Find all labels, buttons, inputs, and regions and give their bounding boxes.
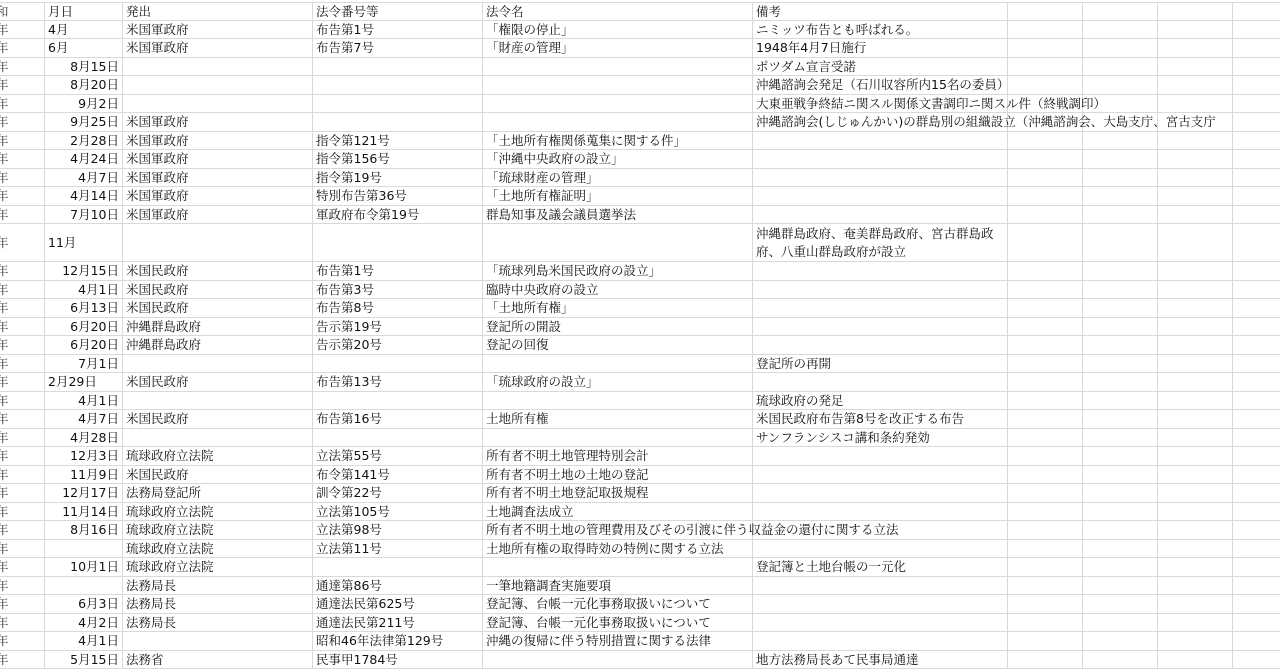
empty-cell[interactable]: [1158, 224, 1233, 261]
empty-cell[interactable]: [1233, 558, 1280, 576]
empty-cell[interactable]: [1008, 3, 1083, 20]
issuer-cell[interactable]: 沖縄群島政府: [123, 336, 313, 354]
empty-cell[interactable]: [1083, 577, 1158, 595]
law-number-cell[interactable]: 指令第121号: [313, 132, 483, 150]
empty-cell[interactable]: [1233, 187, 1280, 205]
empty-cell[interactable]: [1233, 299, 1280, 317]
issuer-cell[interactable]: 法務局長: [123, 577, 313, 595]
year-cell[interactable]: 年: [0, 76, 45, 94]
issuer-cell[interactable]: 法務局登記所: [123, 484, 313, 502]
remarks-cell[interactable]: [753, 632, 1008, 650]
empty-cell[interactable]: [1233, 373, 1280, 391]
empty-cell[interactable]: [1083, 262, 1158, 280]
issuer-cell[interactable]: 米国軍政府: [123, 113, 313, 131]
empty-cell[interactable]: [1233, 577, 1280, 595]
law-name-cell[interactable]: [483, 95, 753, 113]
law-name-cell[interactable]: 土地所有権の取得時効の特例に関する立法: [483, 540, 753, 558]
issuer-cell[interactable]: 米国民政府: [123, 410, 313, 428]
date-cell[interactable]: 6月20日: [45, 318, 123, 336]
empty-cell[interactable]: [1083, 373, 1158, 391]
remarks-cell[interactable]: 登記簿と土地台帳の一元化: [753, 558, 1008, 576]
empty-cell[interactable]: [1158, 318, 1233, 336]
remarks-cell[interactable]: [753, 299, 1008, 317]
law-number-cell[interactable]: 軍政府布令第19号: [313, 206, 483, 224]
remarks-cell[interactable]: [753, 318, 1008, 336]
empty-cell[interactable]: [1083, 595, 1158, 613]
empty-cell[interactable]: [1008, 651, 1083, 669]
year-cell[interactable]: 年: [0, 262, 45, 280]
issuer-cell[interactable]: 米国軍政府: [123, 169, 313, 187]
date-cell[interactable]: 6月3日: [45, 595, 123, 613]
issuer-cell[interactable]: [123, 95, 313, 113]
date-cell[interactable]: 8月16日: [45, 521, 123, 539]
remarks-cell[interactable]: [753, 150, 1008, 168]
empty-cell[interactable]: [1233, 169, 1280, 187]
year-cell[interactable]: 年: [0, 169, 45, 187]
empty-cell[interactable]: [1233, 466, 1280, 484]
empty-cell[interactable]: [1008, 540, 1083, 558]
empty-cell[interactable]: [1083, 281, 1158, 299]
remarks-cell[interactable]: ニミッツ布告とも呼ばれる。: [753, 21, 1008, 39]
issuer-cell[interactable]: [123, 392, 313, 410]
law-number-cell[interactable]: 布告第13号: [313, 373, 483, 391]
empty-cell[interactable]: [1158, 299, 1233, 317]
year-cell[interactable]: 年: [0, 132, 45, 150]
law-number-cell[interactable]: 訓令第22号: [313, 484, 483, 502]
empty-cell[interactable]: [1083, 503, 1158, 521]
law-name-cell[interactable]: 所有者不明土地の管理費用及びその引渡に伴う収益金の還付に関する立法: [483, 521, 753, 539]
empty-cell[interactable]: [1233, 21, 1280, 39]
empty-cell[interactable]: [1233, 76, 1280, 94]
date-cell[interactable]: 8月20日: [45, 76, 123, 94]
date-cell[interactable]: 12月15日: [45, 262, 123, 280]
empty-cell[interactable]: [1233, 632, 1280, 650]
issuer-cell[interactable]: 米国民政府: [123, 262, 313, 280]
empty-cell[interactable]: [1233, 95, 1280, 113]
remarks-cell[interactable]: ポツダム宣言受諾: [753, 58, 1008, 76]
empty-cell[interactable]: [1083, 150, 1158, 168]
issuer-cell[interactable]: 米国民政府: [123, 281, 313, 299]
header-cell-remarks[interactable]: 備考: [753, 3, 1008, 20]
law-number-cell[interactable]: 立法第11号: [313, 540, 483, 558]
issuer-cell[interactable]: 沖縄群島政府: [123, 318, 313, 336]
empty-cell[interactable]: [1083, 521, 1158, 539]
date-cell[interactable]: 4月2日: [45, 614, 123, 632]
law-number-cell[interactable]: 布告第16号: [313, 410, 483, 428]
date-cell[interactable]: 4月28日: [45, 429, 123, 447]
law-name-cell[interactable]: 「権限の停止」: [483, 21, 753, 39]
empty-cell[interactable]: [1008, 206, 1083, 224]
empty-cell[interactable]: [1233, 39, 1280, 57]
law-name-cell[interactable]: [483, 651, 753, 669]
empty-cell[interactable]: [1008, 521, 1083, 539]
empty-cell[interactable]: [1158, 262, 1233, 280]
date-cell[interactable]: 11月9日: [45, 466, 123, 484]
empty-cell[interactable]: [1083, 484, 1158, 502]
law-name-cell[interactable]: 「琉球列島米国民政府の設立」: [483, 262, 753, 280]
year-cell[interactable]: 年: [0, 447, 45, 465]
empty-cell[interactable]: [1083, 206, 1158, 224]
law-name-cell[interactable]: [483, 558, 753, 576]
empty-cell[interactable]: [1158, 632, 1233, 650]
law-name-cell[interactable]: [483, 58, 753, 76]
empty-cell[interactable]: [1233, 595, 1280, 613]
empty-cell[interactable]: [1158, 21, 1233, 39]
issuer-cell[interactable]: 琉球政府立法院: [123, 558, 313, 576]
issuer-cell[interactable]: [123, 224, 313, 261]
remarks-cell[interactable]: [753, 281, 1008, 299]
issuer-cell[interactable]: 米国軍政府: [123, 206, 313, 224]
empty-cell[interactable]: [1233, 58, 1280, 76]
law-name-cell[interactable]: 所有者不明土地管理特別会計: [483, 447, 753, 465]
remarks-cell[interactable]: [753, 484, 1008, 502]
date-cell[interactable]: [45, 577, 123, 595]
empty-cell[interactable]: [1008, 558, 1083, 576]
empty-cell[interactable]: [1158, 540, 1233, 558]
law-number-cell[interactable]: 民事甲1784号: [313, 651, 483, 669]
law-number-cell[interactable]: 布告第8号: [313, 299, 483, 317]
remarks-cell[interactable]: 地方法務局長あて民事局通達: [753, 651, 1008, 669]
empty-cell[interactable]: [1008, 262, 1083, 280]
law-name-cell[interactable]: 所有者不明土地の土地の登記: [483, 466, 753, 484]
year-cell[interactable]: 年: [0, 373, 45, 391]
law-name-cell[interactable]: 所有者不明土地登記取扱規程: [483, 484, 753, 502]
law-name-cell[interactable]: 登記の回復: [483, 336, 753, 354]
empty-cell[interactable]: [1008, 429, 1083, 447]
law-name-cell[interactable]: 土地調査法成立: [483, 503, 753, 521]
date-cell[interactable]: 4月7日: [45, 410, 123, 428]
law-name-cell[interactable]: [483, 113, 753, 131]
remarks-cell[interactable]: 琉球政府の発足: [753, 392, 1008, 410]
empty-cell[interactable]: [1083, 651, 1158, 669]
issuer-cell[interactable]: [123, 76, 313, 94]
law-name-cell[interactable]: 「琉球財産の管理」: [483, 169, 753, 187]
empty-cell[interactable]: [1083, 466, 1158, 484]
empty-cell[interactable]: [1233, 540, 1280, 558]
empty-cell[interactable]: [1083, 355, 1158, 373]
law-number-cell[interactable]: [313, 558, 483, 576]
issuer-cell[interactable]: 米国軍政府: [123, 187, 313, 205]
empty-cell[interactable]: [1233, 336, 1280, 354]
empty-cell[interactable]: [1083, 58, 1158, 76]
law-name-cell[interactable]: 一筆地籍調査実施要項: [483, 577, 753, 595]
empty-cell[interactable]: [1008, 373, 1083, 391]
date-cell[interactable]: 12月3日: [45, 447, 123, 465]
year-cell[interactable]: 年: [0, 540, 45, 558]
year-cell[interactable]: 年: [0, 318, 45, 336]
law-number-cell[interactable]: 昭和46年法律第129号: [313, 632, 483, 650]
empty-cell[interactable]: [1083, 318, 1158, 336]
year-cell[interactable]: 年: [0, 503, 45, 521]
law-name-cell[interactable]: 「土地所有権」: [483, 299, 753, 317]
year-cell[interactable]: 年: [0, 113, 45, 131]
empty-cell[interactable]: [1008, 21, 1083, 39]
empty-cell[interactable]: [1083, 187, 1158, 205]
empty-cell[interactable]: [1158, 614, 1233, 632]
empty-cell[interactable]: [1083, 39, 1158, 57]
law-number-cell[interactable]: 布告第1号: [313, 262, 483, 280]
year-cell[interactable]: 年: [0, 521, 45, 539]
empty-cell[interactable]: [1158, 76, 1233, 94]
year-cell[interactable]: 年: [0, 614, 45, 632]
law-name-cell[interactable]: [483, 392, 753, 410]
year-cell[interactable]: 年: [0, 410, 45, 428]
empty-cell[interactable]: [1158, 58, 1233, 76]
year-cell[interactable]: 年: [0, 39, 45, 57]
year-cell[interactable]: 年: [0, 392, 45, 410]
empty-cell[interactable]: [1083, 299, 1158, 317]
law-number-cell[interactable]: 告示第19号: [313, 318, 483, 336]
law-number-cell[interactable]: 立法第55号: [313, 447, 483, 465]
year-cell[interactable]: 年: [0, 484, 45, 502]
empty-cell[interactable]: [1158, 373, 1233, 391]
remarks-cell[interactable]: 沖縄群島政府、奄美群島政府、宮古群島政府、八重山群島政府が設立: [753, 224, 1008, 261]
remarks-cell[interactable]: [753, 577, 1008, 595]
empty-cell[interactable]: [1158, 558, 1233, 576]
empty-cell[interactable]: [1233, 318, 1280, 336]
year-cell[interactable]: 年: [0, 150, 45, 168]
year-cell[interactable]: 年: [0, 21, 45, 39]
law-name-cell[interactable]: 「琉球政府の設立」: [483, 373, 753, 391]
year-cell[interactable]: 年: [0, 224, 45, 261]
date-cell[interactable]: 7月1日: [45, 355, 123, 373]
empty-cell[interactable]: [1158, 150, 1233, 168]
issuer-cell[interactable]: 法務局長: [123, 614, 313, 632]
empty-cell[interactable]: [1083, 632, 1158, 650]
empty-cell[interactable]: [1008, 299, 1083, 317]
year-cell[interactable]: 年: [0, 429, 45, 447]
empty-cell[interactable]: [1158, 3, 1233, 20]
law-number-cell[interactable]: 特別布告第36号: [313, 187, 483, 205]
empty-cell[interactable]: [1008, 484, 1083, 502]
law-number-cell[interactable]: [313, 429, 483, 447]
empty-cell[interactable]: [1008, 392, 1083, 410]
empty-cell[interactable]: [1233, 113, 1280, 131]
date-cell[interactable]: 4月1日: [45, 281, 123, 299]
empty-cell[interactable]: [1008, 355, 1083, 373]
date-cell[interactable]: 6月13日: [45, 299, 123, 317]
empty-cell[interactable]: [1158, 281, 1233, 299]
empty-cell[interactable]: [1158, 429, 1233, 447]
year-cell[interactable]: 年: [0, 632, 45, 650]
year-cell[interactable]: 年: [0, 299, 45, 317]
remarks-cell[interactable]: 沖縄諮詢会発足（石川収容所内15名の委員）: [753, 76, 1008, 94]
empty-cell[interactable]: [1158, 355, 1233, 373]
date-cell[interactable]: 7月10日: [45, 206, 123, 224]
law-name-cell[interactable]: [483, 76, 753, 94]
year-cell[interactable]: 年: [0, 281, 45, 299]
empty-cell[interactable]: [1233, 355, 1280, 373]
law-name-cell[interactable]: 登記簿、台帳一元化事務取扱いについて: [483, 614, 753, 632]
date-cell[interactable]: 4月14日: [45, 187, 123, 205]
empty-cell[interactable]: [1083, 3, 1158, 20]
remarks-cell[interactable]: 沖縄諮詢会(しじゅんかい)の群島別の組織設立（沖縄諮詢会、大島支庁、宮古支庁: [753, 113, 1008, 131]
issuer-cell[interactable]: [123, 429, 313, 447]
year-cell[interactable]: 年: [0, 355, 45, 373]
date-cell[interactable]: 9月25日: [45, 113, 123, 131]
empty-cell[interactable]: [1008, 466, 1083, 484]
date-cell[interactable]: 4月24日: [45, 150, 123, 168]
empty-cell[interactable]: [1233, 410, 1280, 428]
issuer-cell[interactable]: [123, 355, 313, 373]
law-number-cell[interactable]: [313, 76, 483, 94]
date-cell[interactable]: 11月: [45, 224, 123, 261]
remarks-cell[interactable]: [753, 206, 1008, 224]
issuer-cell[interactable]: [123, 632, 313, 650]
date-cell[interactable]: 10月1日: [45, 558, 123, 576]
issuer-cell[interactable]: 米国民政府: [123, 299, 313, 317]
empty-cell[interactable]: [1083, 21, 1158, 39]
remarks-cell[interactable]: [753, 595, 1008, 613]
empty-cell[interactable]: [1233, 224, 1280, 261]
year-cell[interactable]: 年: [0, 595, 45, 613]
empty-cell[interactable]: [1158, 206, 1233, 224]
remarks-cell[interactable]: 1948年4月7日施行: [753, 39, 1008, 57]
empty-cell[interactable]: [1008, 614, 1083, 632]
remarks-cell[interactable]: サンフランシスコ講和条約発効: [753, 429, 1008, 447]
empty-cell[interactable]: [1233, 614, 1280, 632]
date-cell[interactable]: 6月20日: [45, 336, 123, 354]
law-number-cell[interactable]: 布令第141号: [313, 466, 483, 484]
issuer-cell[interactable]: 琉球政府立法院: [123, 521, 313, 539]
empty-cell[interactable]: [1008, 281, 1083, 299]
empty-cell[interactable]: [1008, 224, 1083, 261]
empty-cell[interactable]: [1233, 206, 1280, 224]
empty-cell[interactable]: [1083, 76, 1158, 94]
empty-cell[interactable]: [1083, 392, 1158, 410]
law-number-cell[interactable]: 指令第19号: [313, 169, 483, 187]
date-cell[interactable]: 5月15日: [45, 651, 123, 669]
empty-cell[interactable]: [1158, 651, 1233, 669]
header-cell-year[interactable]: 和: [0, 3, 45, 20]
year-cell[interactable]: 年: [0, 95, 45, 113]
remarks-cell[interactable]: [753, 187, 1008, 205]
law-number-cell[interactable]: [313, 224, 483, 261]
remarks-cell[interactable]: [753, 540, 1008, 558]
empty-cell[interactable]: [1158, 447, 1233, 465]
empty-cell[interactable]: [1158, 577, 1233, 595]
law-number-cell[interactable]: 布告第7号: [313, 39, 483, 57]
law-name-cell[interactable]: 「土地所有権証明」: [483, 187, 753, 205]
law-name-cell[interactable]: 「沖縄中央政府の設立」: [483, 150, 753, 168]
empty-cell[interactable]: [1008, 595, 1083, 613]
empty-cell[interactable]: [1158, 521, 1233, 539]
empty-cell[interactable]: [1008, 577, 1083, 595]
date-cell[interactable]: 9月2日: [45, 95, 123, 113]
law-number-cell[interactable]: 布告第3号: [313, 281, 483, 299]
date-cell[interactable]: 6月: [45, 39, 123, 57]
empty-cell[interactable]: [1233, 262, 1280, 280]
law-number-cell[interactable]: [313, 95, 483, 113]
law-name-cell[interactable]: 臨時中央政府の設立: [483, 281, 753, 299]
empty-cell[interactable]: [1008, 447, 1083, 465]
empty-cell[interactable]: [1083, 558, 1158, 576]
issuer-cell[interactable]: 法務局長: [123, 595, 313, 613]
empty-cell[interactable]: [1158, 392, 1233, 410]
header-cell-law-name[interactable]: 法令名: [483, 3, 753, 20]
law-number-cell[interactable]: [313, 113, 483, 131]
year-cell[interactable]: 年: [0, 651, 45, 669]
date-cell[interactable]: 4月1日: [45, 392, 123, 410]
law-name-cell[interactable]: 「土地所有権関係蒐集に関する件」: [483, 132, 753, 150]
year-cell[interactable]: 年: [0, 466, 45, 484]
empty-cell[interactable]: [1008, 150, 1083, 168]
empty-cell[interactable]: [1158, 484, 1233, 502]
empty-cell[interactable]: [1233, 521, 1280, 539]
header-cell-date[interactable]: 月日: [45, 3, 123, 20]
empty-cell[interactable]: [1233, 503, 1280, 521]
empty-cell[interactable]: [1233, 651, 1280, 669]
law-name-cell[interactable]: [483, 429, 753, 447]
remarks-cell[interactable]: 登記所の再開: [753, 355, 1008, 373]
remarks-cell[interactable]: [753, 336, 1008, 354]
empty-cell[interactable]: [1233, 281, 1280, 299]
law-name-cell[interactable]: 土地所有権: [483, 410, 753, 428]
law-number-cell[interactable]: 立法第105号: [313, 503, 483, 521]
empty-cell[interactable]: [1158, 410, 1233, 428]
empty-cell[interactable]: [1083, 614, 1158, 632]
law-number-cell[interactable]: [313, 355, 483, 373]
empty-cell[interactable]: [1008, 58, 1083, 76]
empty-cell[interactable]: [1158, 503, 1233, 521]
empty-cell[interactable]: [1158, 336, 1233, 354]
law-name-cell[interactable]: 「財産の管理」: [483, 39, 753, 57]
law-number-cell[interactable]: 立法第98号: [313, 521, 483, 539]
remarks-cell[interactable]: [753, 373, 1008, 391]
issuer-cell[interactable]: 琉球政府立法院: [123, 447, 313, 465]
empty-cell[interactable]: [1008, 169, 1083, 187]
empty-cell[interactable]: [1083, 132, 1158, 150]
empty-cell[interactable]: [1158, 95, 1233, 113]
issuer-cell[interactable]: 米国民政府: [123, 373, 313, 391]
date-cell[interactable]: 12月17日: [45, 484, 123, 502]
empty-cell[interactable]: [1158, 169, 1233, 187]
empty-cell[interactable]: [1083, 336, 1158, 354]
remarks-cell[interactable]: 米国民政府布告第8号を改正する布告: [753, 410, 1008, 428]
empty-cell[interactable]: [1008, 39, 1083, 57]
issuer-cell[interactable]: 法務省: [123, 651, 313, 669]
empty-cell[interactable]: [1158, 595, 1233, 613]
empty-cell[interactable]: [1083, 447, 1158, 465]
date-cell[interactable]: 8月15日: [45, 58, 123, 76]
remarks-cell[interactable]: [753, 466, 1008, 484]
issuer-cell[interactable]: 米国軍政府: [123, 21, 313, 39]
year-cell[interactable]: 年: [0, 336, 45, 354]
law-name-cell[interactable]: 登記所の開設: [483, 318, 753, 336]
empty-cell[interactable]: [1083, 540, 1158, 558]
date-cell[interactable]: 2月29日: [45, 373, 123, 391]
empty-cell[interactable]: [1008, 187, 1083, 205]
empty-cell[interactable]: [1158, 187, 1233, 205]
empty-cell[interactable]: [1233, 447, 1280, 465]
law-number-cell[interactable]: [313, 392, 483, 410]
remarks-cell[interactable]: [753, 262, 1008, 280]
year-cell[interactable]: 年: [0, 206, 45, 224]
year-cell[interactable]: 年: [0, 577, 45, 595]
remarks-cell[interactable]: [753, 447, 1008, 465]
issuer-cell[interactable]: 琉球政府立法院: [123, 503, 313, 521]
law-number-cell[interactable]: 指令第156号: [313, 150, 483, 168]
date-cell[interactable]: 2月28日: [45, 132, 123, 150]
empty-cell[interactable]: [1158, 466, 1233, 484]
empty-cell[interactable]: [1008, 318, 1083, 336]
empty-cell[interactable]: [1233, 484, 1280, 502]
date-cell[interactable]: 4月: [45, 21, 123, 39]
empty-cell[interactable]: [1008, 410, 1083, 428]
empty-cell[interactable]: [1008, 632, 1083, 650]
law-number-cell[interactable]: 通達法民第625号: [313, 595, 483, 613]
date-cell[interactable]: 11月14日: [45, 503, 123, 521]
